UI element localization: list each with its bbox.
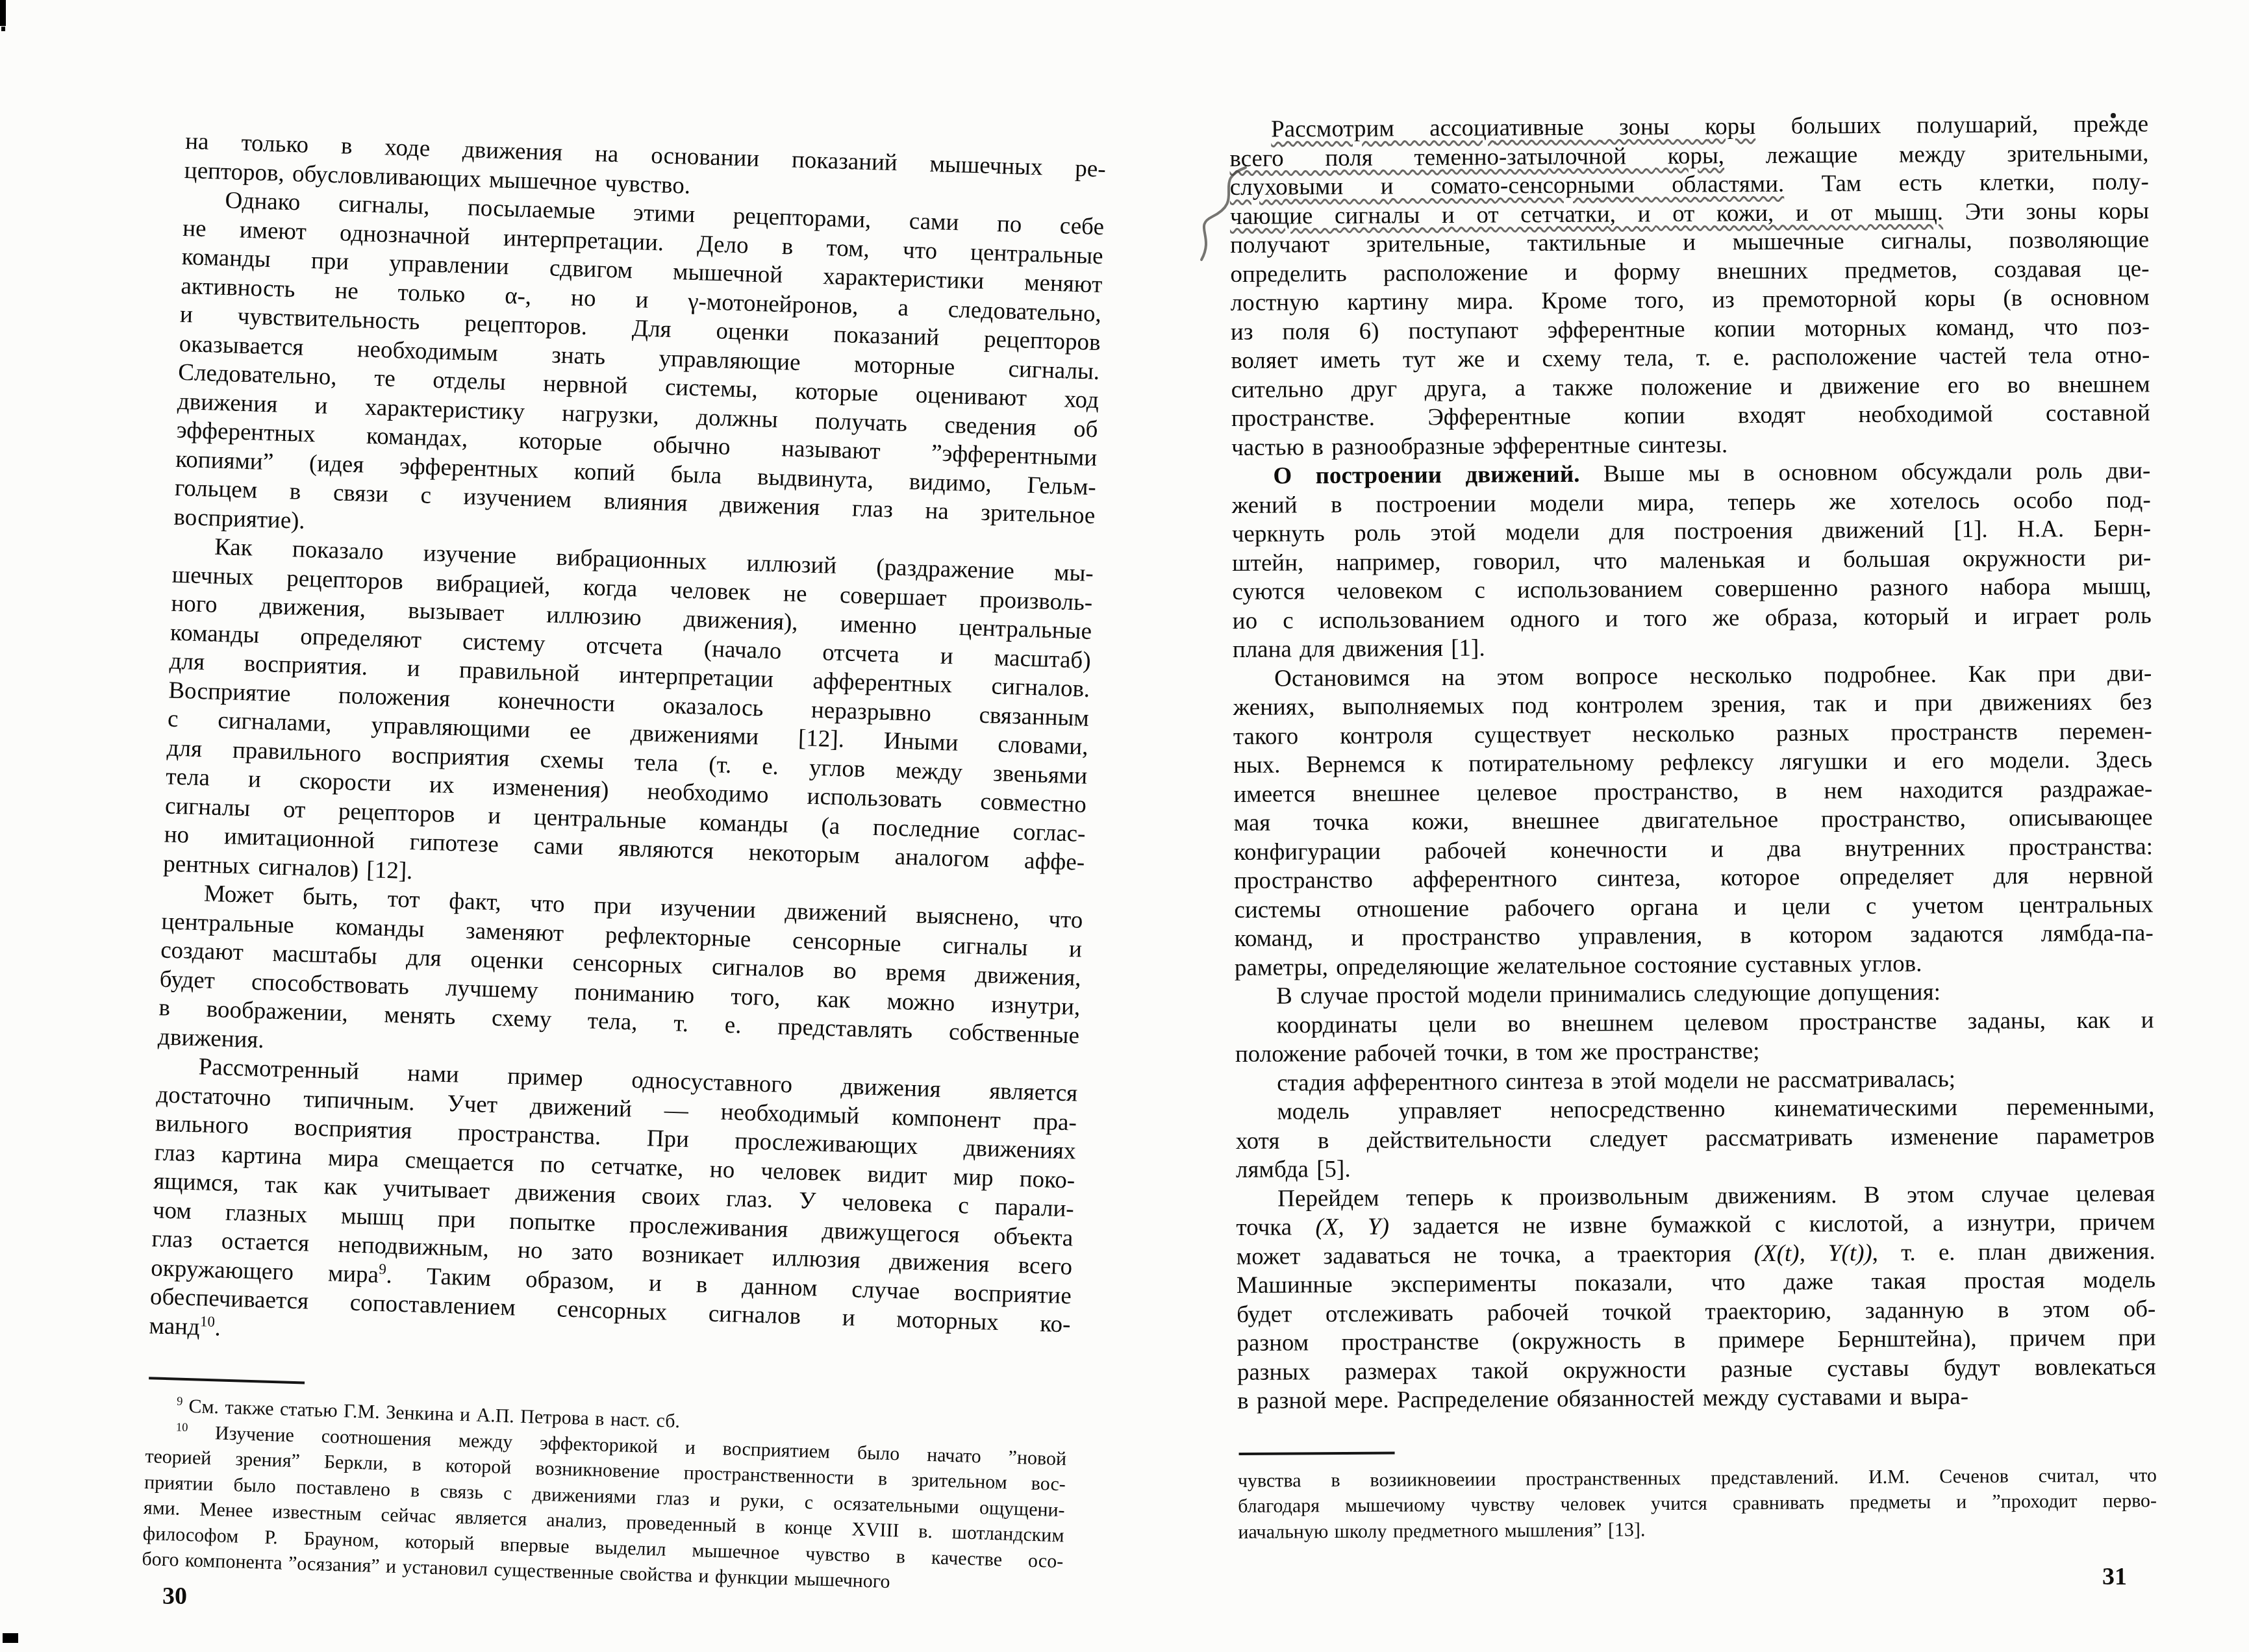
paragraph: модель управляет непосредственно кинемат… xyxy=(1235,1092,2155,1184)
left-page: на только в ходе движения на основании п… xyxy=(142,127,1106,1600)
text-line: лостную картину мира. Кроме того, из пре… xyxy=(1231,283,2150,318)
page-number-right: 31 xyxy=(2102,1562,2127,1591)
scan-artifact-bottom-left xyxy=(3,1633,18,1643)
paragraph: Может быть, тот факт, что при изучении д… xyxy=(158,878,1083,1079)
text-line: воляет иметь тут же и схему тела, т. е. … xyxy=(1231,341,2150,375)
paragraph: Остановимся на этом вопросе несколько по… xyxy=(1233,659,2154,982)
scan-artifact-corner xyxy=(0,0,6,26)
text-line: получают зрительные, тактильные и мышечн… xyxy=(1230,225,2149,260)
text-line: черкнуть роль этой модели для построения… xyxy=(1232,514,2151,549)
text-line: команд, и пространство управления, в кот… xyxy=(1235,919,2154,953)
left-page-body: на только в ходе движения на основании п… xyxy=(149,127,1106,1368)
footnote-rule xyxy=(1239,1451,1395,1455)
text-line: пространство афферентного синтеза, котор… xyxy=(1234,861,2153,895)
footnote-rule xyxy=(149,1377,305,1384)
text-line: хотя в действительности следует рассматр… xyxy=(1236,1121,2155,1156)
paragraph: Как показало изучение вибрационных иллюз… xyxy=(163,532,1094,907)
text-line: О построении движений. Выше мы в основно… xyxy=(1231,457,2150,491)
left-page-footnotes: 9 См. также статью Г.М. Зенкина и А.П. П… xyxy=(142,1392,1068,1600)
text-line: разных размерах такой окружности разные … xyxy=(1237,1353,2156,1387)
text-line: модель управляет непосредственно кинемат… xyxy=(1235,1092,2154,1127)
paragraph: О построении движений. Выше мы в основно… xyxy=(1231,457,2152,664)
text-line: мая точка кожи, внешнее двигательное про… xyxy=(1234,803,2153,838)
paragraph: Рассмотренный нами пример односуставного… xyxy=(149,1051,1078,1368)
right-page: Рассмотрим ассоциативные зоны коры больш… xyxy=(1229,110,2157,1545)
text-line: жениях, выполняемых под контролем зрения… xyxy=(1233,688,2152,722)
paragraph: 10 Изучение соотношения между эффекторик… xyxy=(142,1418,1067,1600)
text-line: иачальную школу предметного мышления” [1… xyxy=(1238,1514,2157,1545)
text-line: ных. Вернемся к потирательному рефлексу … xyxy=(1233,745,2152,780)
text-line: Машинные эксперименты показали, что даже… xyxy=(1237,1266,2155,1300)
text-line: пространстве. Эфферентные копии входят н… xyxy=(1231,399,2150,433)
text-line: слуховыми и сомато-сенсорными областями.… xyxy=(1230,168,2149,202)
paragraph: координаты цели во внешнем целевом прост… xyxy=(1235,1006,2154,1070)
page-number-left: 30 xyxy=(162,1582,187,1610)
right-page-footnotes: чувства в возиикновеиии пространственных… xyxy=(1238,1462,2157,1545)
right-page-body: Рассмотрим ассоциативные зоны коры больш… xyxy=(1229,110,2156,1416)
text-line: координаты цели во внешнем целевом прост… xyxy=(1235,1006,2154,1040)
paragraph: Рассмотрим ассоциативные зоны коры больш… xyxy=(1229,110,2150,462)
paragraph: чувства в возиикновеиии пространственных… xyxy=(1238,1462,2157,1545)
text-line: суются человеком с использованием соверш… xyxy=(1232,572,2151,607)
text-line: Рассмотрим ассоциативные зоны коры больш… xyxy=(1229,110,2148,144)
text-line: точка (X, Y) задается не извне бумажкой … xyxy=(1236,1208,2155,1242)
text-line: разном пространстве (окружность в пример… xyxy=(1237,1323,2155,1358)
paragraph: Однако сигналы, посылаемые этими рецепто… xyxy=(173,185,1105,560)
text-line: ио с использованием одного и того же обр… xyxy=(1233,601,2152,636)
text-line: в разной мере. Распределение обязанносте… xyxy=(1237,1381,2156,1416)
paragraph: Перейдем теперь к произвольным движениям… xyxy=(1236,1179,2156,1416)
scan-artifact-corner-speck xyxy=(1,27,5,31)
